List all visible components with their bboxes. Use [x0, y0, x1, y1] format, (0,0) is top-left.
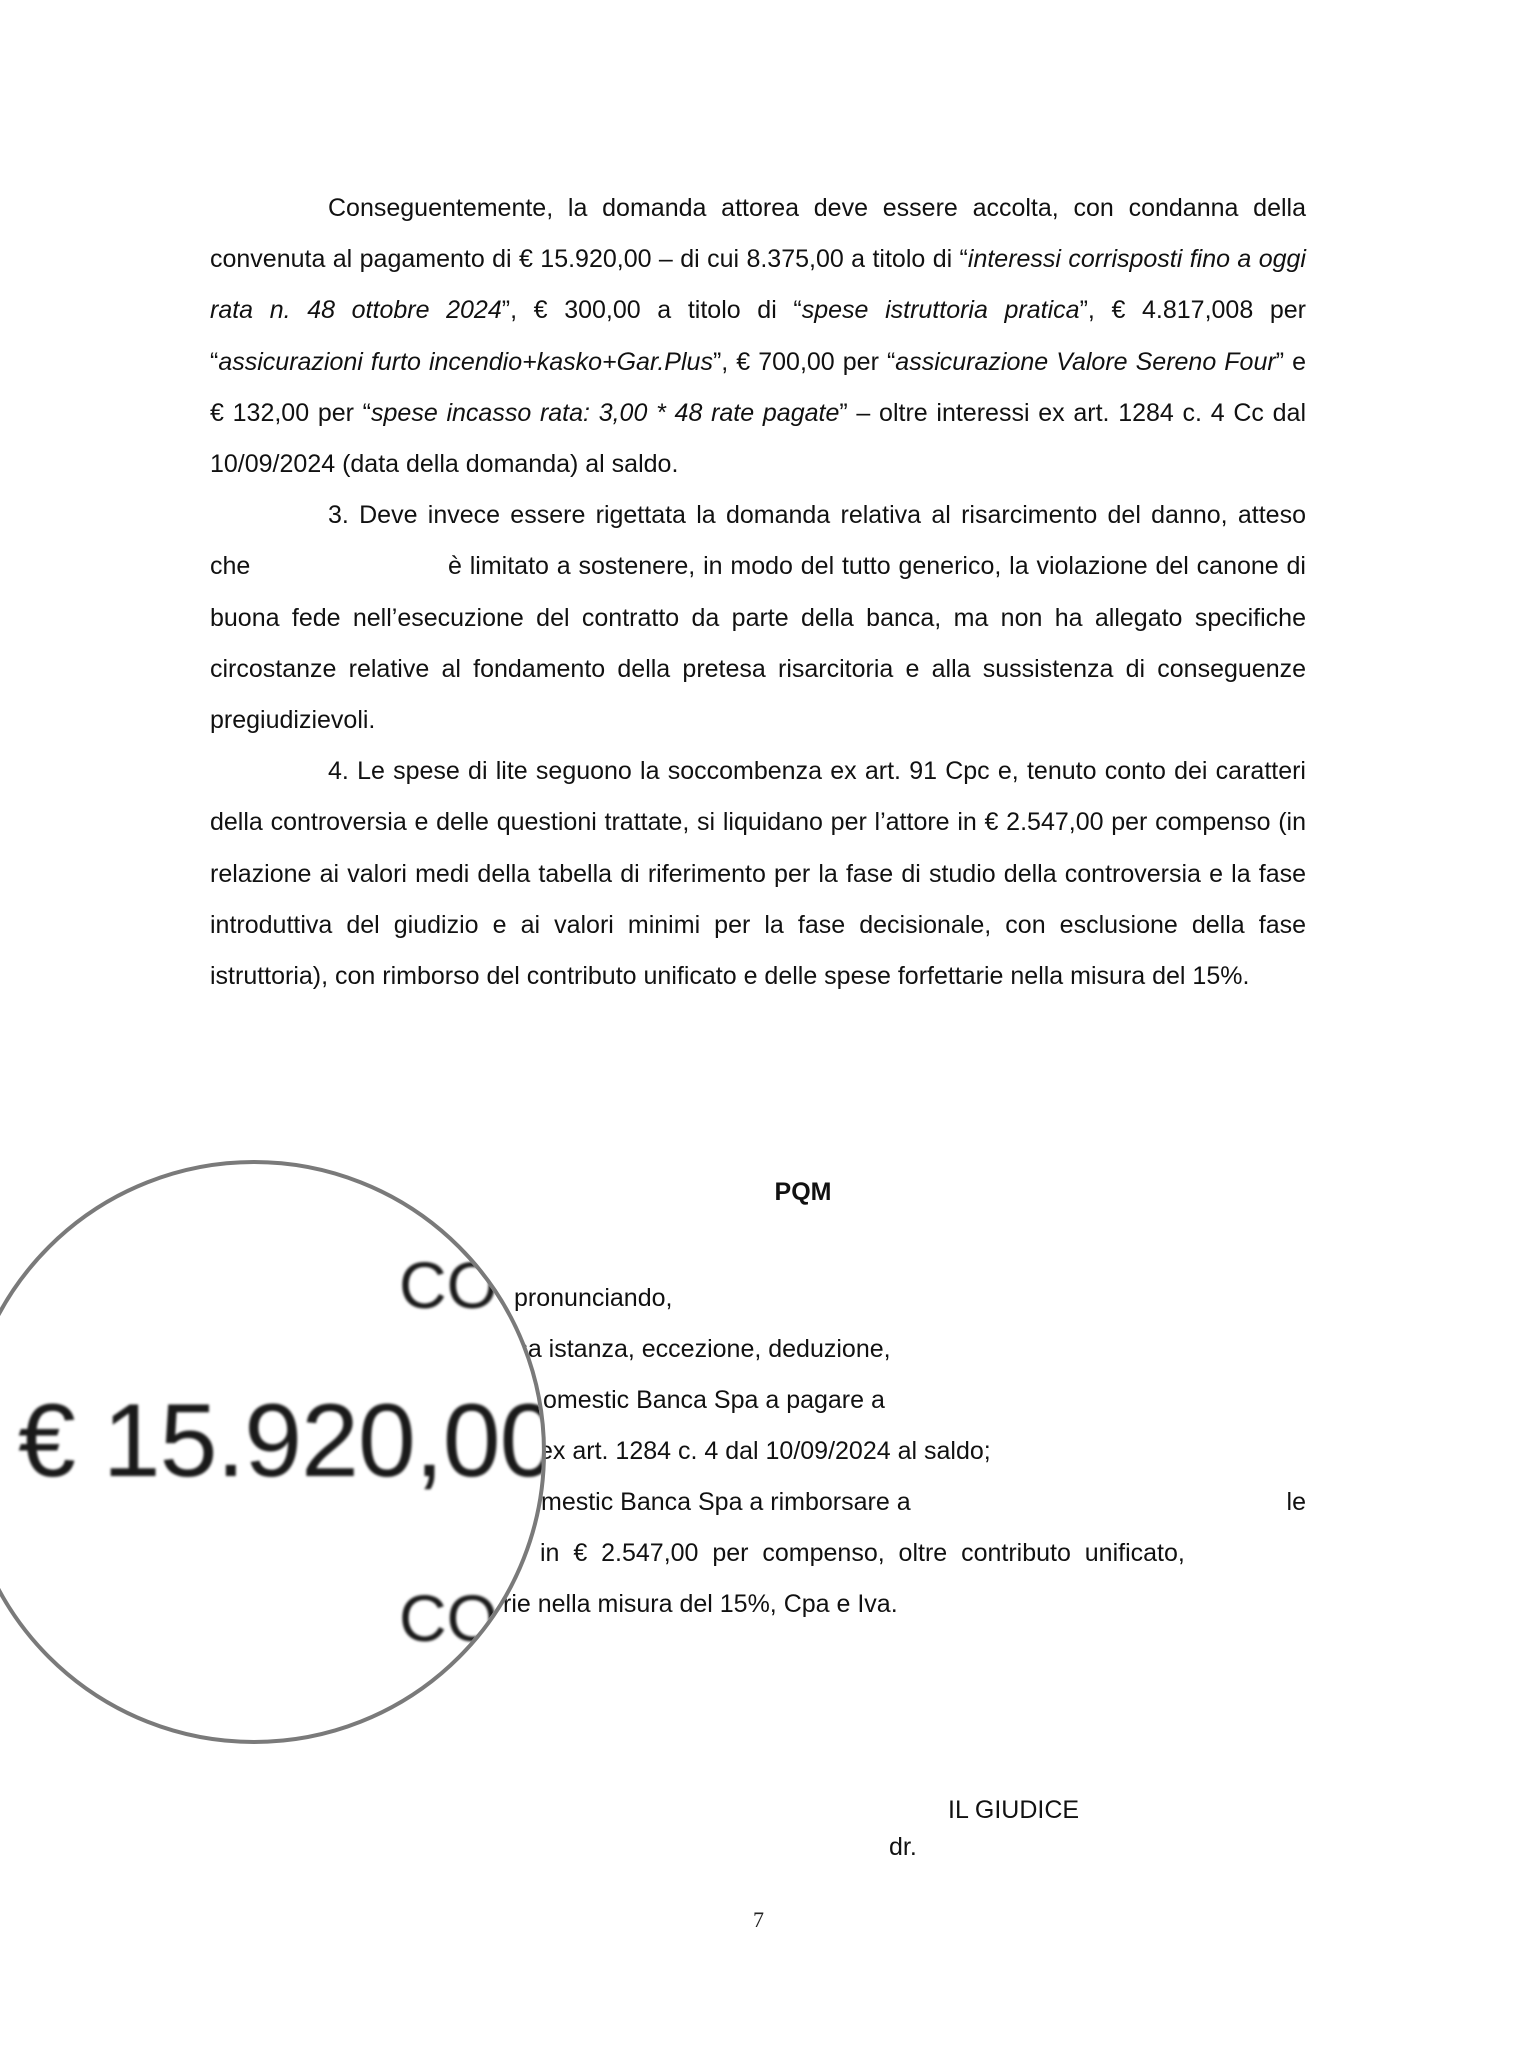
pqm-line-6: in € 2.547,00 per compenso, oltre contri…	[540, 1535, 1306, 1571]
document-page: Conseguentemente, la domanda attorea dev…	[0, 0, 1517, 2048]
magnified-amount: € 15.920,00	[18, 1386, 546, 1496]
magnified-fragment-top: CO	[399, 1252, 498, 1318]
paragraph-3-damages: 3. Deve invece essere rigettata la doman…	[210, 490, 1306, 746]
magnified-fragment-bottom: CO	[399, 1585, 498, 1651]
pqm-line-3: omestic Banca Spa a pagare a	[543, 1382, 885, 1418]
pqm-line-4: ex art. 1284 c. 4 dal 10/09/2024 al sald…	[539, 1433, 991, 1469]
magnifier-lens: CO € 15.920,00 CO	[0, 1160, 546, 1744]
document-body: Conseguentemente, la domanda attorea dev…	[210, 183, 1306, 1002]
pqm-line-7: rie nella misura del 15%, Cpa e Iva.	[503, 1586, 898, 1622]
signature-name: dr.	[889, 1831, 917, 1863]
signature-title: IL GIUDICE	[948, 1794, 1079, 1826]
paragraph-condemnation: Conseguentemente, la domanda attorea dev…	[210, 183, 1306, 490]
page-number: 7	[0, 1907, 1517, 1933]
pqm-line-1: pronunciando,	[514, 1280, 672, 1316]
pqm-line-2: rsa istanza, eccezione, deduzione,	[507, 1331, 891, 1367]
pqm-line-5: mestic Banca Spa a rimborsare a le	[541, 1484, 1306, 1520]
paragraph-4-costs: 4. Le spese di lite seguono la soccomben…	[210, 746, 1306, 1002]
